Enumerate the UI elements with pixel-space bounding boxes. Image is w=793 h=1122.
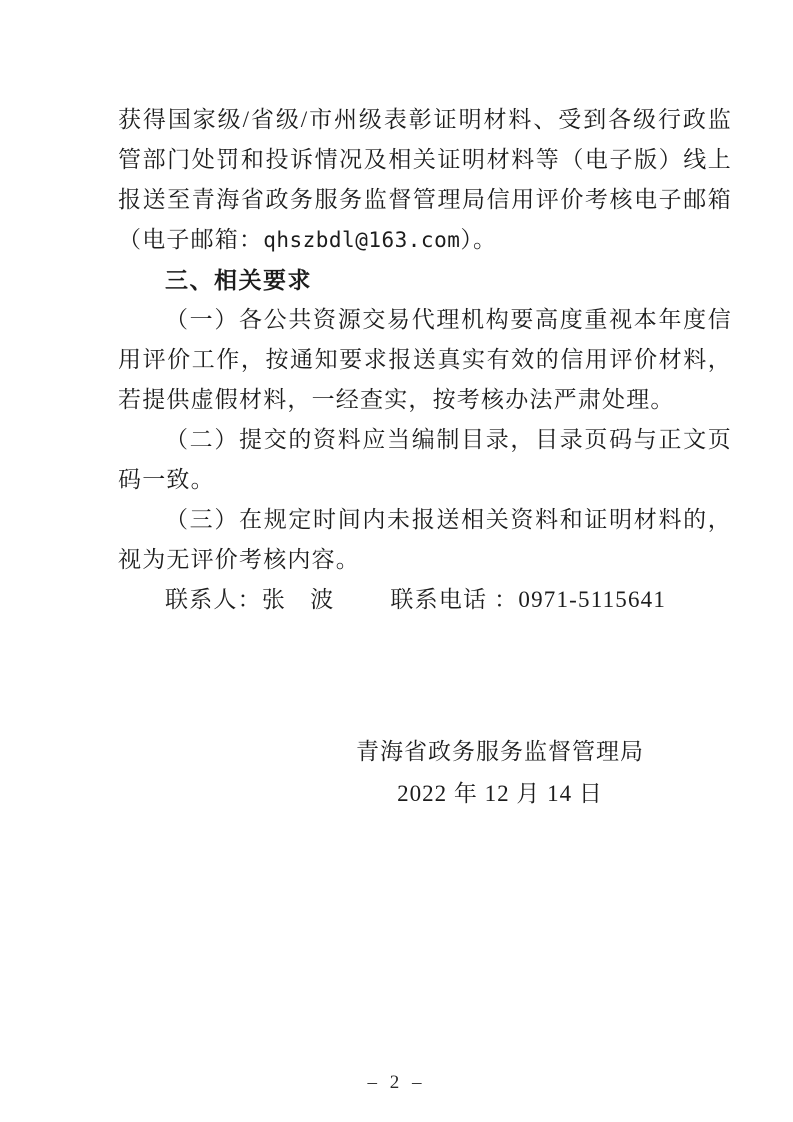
requirement-item-1: （一）各公共资源交易代理机构要高度重视本年度信用评价工作，按通知要求报送真实有效… <box>118 300 732 420</box>
contact-line: 联系人：张 波联系电话 ：0971-5115641 <box>118 580 732 620</box>
page-number: – 2 – <box>0 1072 793 1094</box>
signature-date: 2022 年 12 月 14 日 <box>330 773 670 815</box>
contact-person-name: 张 波 <box>262 587 335 612</box>
section-heading: 三、相关要求 <box>118 260 732 300</box>
document-page: 获得国家级/省级/市州级表彰证明材料、受到各级行政监管部门处罚和投诉情况及相关证… <box>0 0 793 1122</box>
email-address: qhszbdl@163.com <box>263 228 460 252</box>
contact-phone-number: 0971-5115641 <box>518 587 666 612</box>
requirement-item-3: （三）在规定时间内未报送相关资料和证明材料的，视为无评价考核内容。 <box>118 500 732 580</box>
paragraph-continuation-end: ）。 <box>460 227 497 252</box>
requirement-item-2: （二）提交的资料应当编制目录，目录页码与正文页码一致。 <box>118 420 732 500</box>
contact-phone-label: 联系电话 ： <box>390 587 518 612</box>
signature-block: 青海省政务服务监督管理局 2022 年 12 月 14 日 <box>330 731 670 815</box>
signature-organization: 青海省政务服务监督管理局 <box>330 731 670 773</box>
contact-person-label: 联系人： <box>165 587 262 612</box>
paragraph-continuation: 获得国家级/省级/市州级表彰证明材料、受到各级行政监管部门处罚和投诉情况及相关证… <box>118 100 732 260</box>
